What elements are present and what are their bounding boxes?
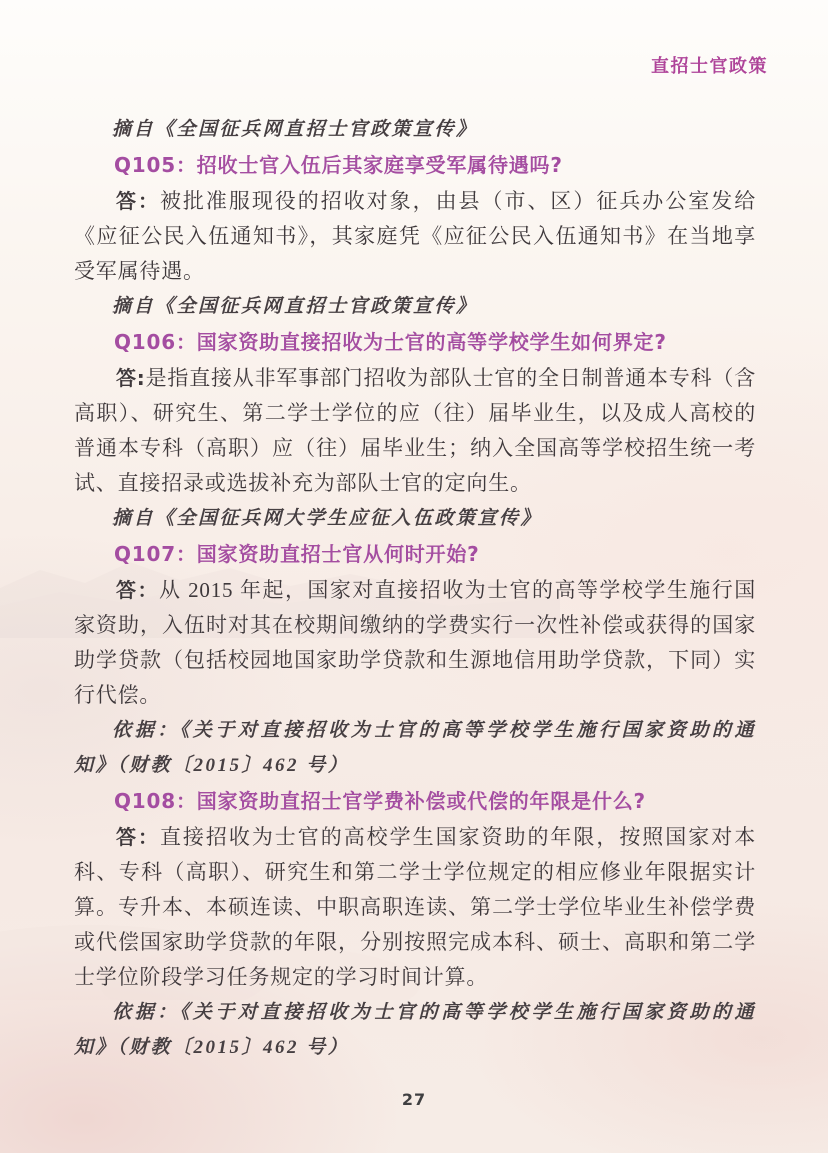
question-heading-q105: Q105：招收士官入伍后其家庭享受军属待遇吗?	[74, 147, 756, 184]
answer-text-q105: 被批准服现役的招收对象，由县（市、区）征兵办公室发给《应征公民入伍通知书》，其家…	[74, 189, 756, 283]
page-header-title: 直招士官政策	[651, 56, 768, 77]
page-header: 直招士官政策	[0, 52, 768, 78]
question-heading-q107: Q107：国家资助直招士官从何时开始?	[74, 536, 756, 573]
question-heading-q108: Q108：国家资助直招士官学费补偿或代偿的年限是什么?	[74, 783, 756, 820]
document-page: 直招士官政策 摘自《全国征兵网直招士官政策宣传》 Q105：招收士官入伍后其家庭…	[0, 0, 828, 1153]
citation-line-5: 依据：《关于对直接招收为士官的高等学校学生施行国家资助的通知》（财教〔2015〕…	[74, 995, 756, 1065]
answer-paragraph-q108: 答：直接招收为士官的高校学生国家资助的年限，按照国家对本科、专科（高职）、研究生…	[74, 820, 756, 995]
citation-line-4: 依据：《关于对直接招收为士官的高等学校学生施行国家资助的通知》（财教〔2015〕…	[74, 713, 756, 783]
page-content: 摘自《全国征兵网直招士官政策宣传》 Q105：招收士官入伍后其家庭享受军属待遇吗…	[74, 112, 756, 1065]
answer-paragraph-q107: 答：从 2015 年起，国家对直接招收为士官的高等学校学生施行国家资助，入伍时对…	[74, 573, 756, 713]
question-heading-q106: Q106：国家资助直接招收为士官的高等学校学生如何界定?	[74, 324, 756, 361]
answer-text-q108: 直接招收为士官的高校学生国家资助的年限，按照国家对本科、专科（高职）、研究生和第…	[74, 825, 756, 989]
answer-paragraph-q105: 答：被批准服现役的招收对象，由县（市、区）征兵办公室发给《应征公民入伍通知书》，…	[74, 184, 756, 289]
answer-label-q108: 答：	[116, 825, 160, 849]
answer-paragraph-q106: 答:是指直接从非军事部门招收为部队士官的全日制普通本专科（含高职）、研究生、第二…	[74, 361, 756, 501]
page-number: 27	[0, 1090, 828, 1109]
answer-label-q107: 答：	[116, 578, 159, 602]
answer-label-q106: 答:	[116, 366, 146, 390]
citation-line-3: 摘自《全国征兵网大学生应征入伍政策宣传》	[74, 501, 756, 536]
citation-line-2: 摘自《全国征兵网直招士官政策宣传》	[74, 289, 756, 324]
answer-label-q105: 答：	[116, 189, 160, 213]
citation-line-1: 摘自《全国征兵网直招士官政策宣传》	[74, 112, 756, 147]
answer-text-q106: 是指直接从非军事部门招收为部队士官的全日制普通本专科（含高职）、研究生、第二学士…	[74, 366, 756, 495]
answer-text-q107: 从 2015 年起，国家对直接招收为士官的高等学校学生施行国家资助，入伍时对其在…	[74, 578, 756, 707]
